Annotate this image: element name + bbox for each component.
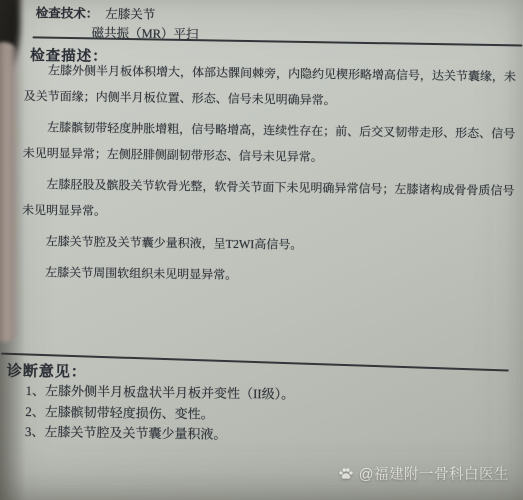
photographed-medical-report: 检查技术：左膝关节 磁共振（MR）平扫 检查描述： 左膝外侧半月板体积增大，体部… xyxy=(0,0,523,500)
description-paragraph-2: 左膝髌韧带轻度肿胀增粗，信号略增高，连续性存在；前、后交叉韧带走形、形态、信号未… xyxy=(23,114,518,173)
exam-technique-label: 检查技术： xyxy=(36,6,99,21)
description-paragraphs: 左膝外侧半月板体积增大，体部达髁间棘旁，内隐约见楔形略增高信号，达关节囊缘，未及… xyxy=(21,57,518,297)
description-paragraph-3: 左膝胫股及髌股关节软骨光整，软骨关节面下未见明确异常信号；左膝诸构成骨骨质信号未… xyxy=(22,171,517,230)
paw-icon xyxy=(338,466,354,482)
diagnosis-list: 1、左膝外侧半月板盘状半月板并变性（II级）。 2、左膝髌韧带轻度损伤、变性。 … xyxy=(25,381,295,446)
description-paragraph-5: 左膝关节周围软组织未见明显异常。 xyxy=(21,259,515,292)
exam-technique-line: 检查技术：左膝关节 xyxy=(36,3,156,23)
description-paragraph-4: 左膝关节腔及关节囊少量积液，呈T2WI高信号。 xyxy=(21,228,515,261)
diagnosis-item-3: 3、左膝关节腔及关节囊少量积液。 xyxy=(25,422,294,446)
watermark-text: @福建附一骨科白医生 xyxy=(359,463,509,484)
report-content: 检查技术：左膝关节 磁共振（MR）平扫 检查描述： 左膝外侧半月板体积增大，体部… xyxy=(0,0,523,500)
watermark: @福建附一骨科白医生 xyxy=(338,463,509,484)
exam-technique-value: 左膝关节 xyxy=(105,7,155,22)
description-paragraph-1: 左膝外侧半月板体积增大，体部达髁间棘旁，内隐约见楔形略增高信号，达关节囊缘，未及… xyxy=(23,57,518,116)
diagnosis-header: 诊断意见： xyxy=(7,360,87,382)
